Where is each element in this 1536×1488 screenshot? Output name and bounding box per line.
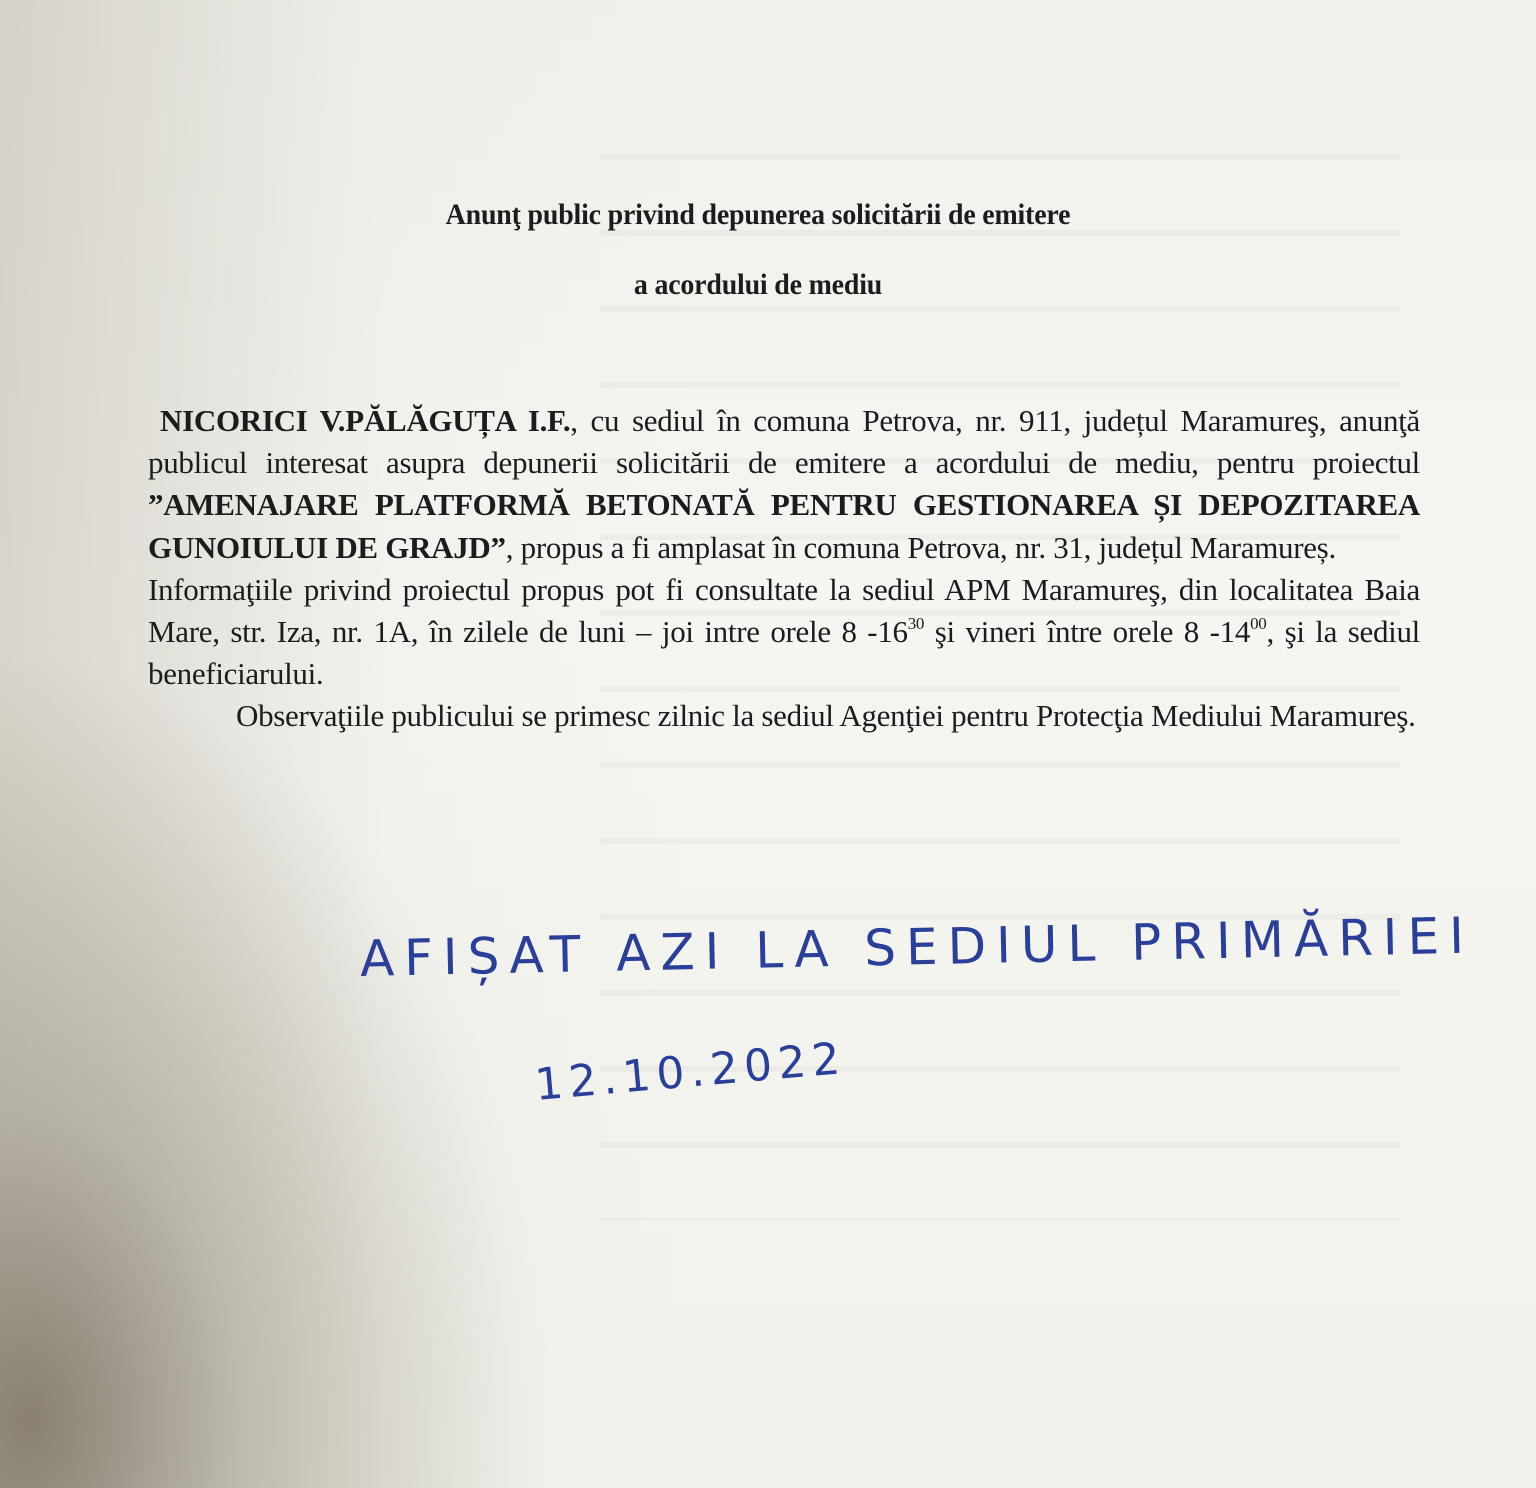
- paragraph-consultation: Informaţiile privind proiectul propus po…: [148, 569, 1420, 696]
- handwritten-date: 12.10.2022: [533, 1033, 848, 1111]
- handwritten-posting-note: AFIȘAT AZI LA SEDIUL PRIMĂRIEI: [359, 907, 1474, 988]
- company-name: NICORICI V.PĂLĂGUȚA I.F.: [160, 403, 570, 438]
- title-line-2: a acordului de mediu: [53, 268, 1463, 302]
- paragraph-applicant: NICORICI V.PĂLĂGUȚA I.F., cu sediul în c…: [148, 400, 1420, 569]
- paragraph-observations: Observaţiile publicului se primesc zilni…: [148, 695, 1420, 737]
- location-text: , propus a fi amplasat în comuna Petrova…: [506, 530, 1336, 565]
- notice-body: NICORICI V.PĂLĂGUȚA I.F., cu sediul în c…: [148, 400, 1420, 738]
- public-notice-document: Anunţ public privind depunerea solicităr…: [0, 0, 1536, 1488]
- time-superscript-friday: 00: [1250, 614, 1266, 633]
- friday-hours-text: şi vineri între orele 8 -14: [924, 614, 1250, 649]
- title-line-1: Anunţ public privind depunerea solicităr…: [53, 198, 1463, 232]
- time-superscript-weekday: 30: [908, 614, 924, 633]
